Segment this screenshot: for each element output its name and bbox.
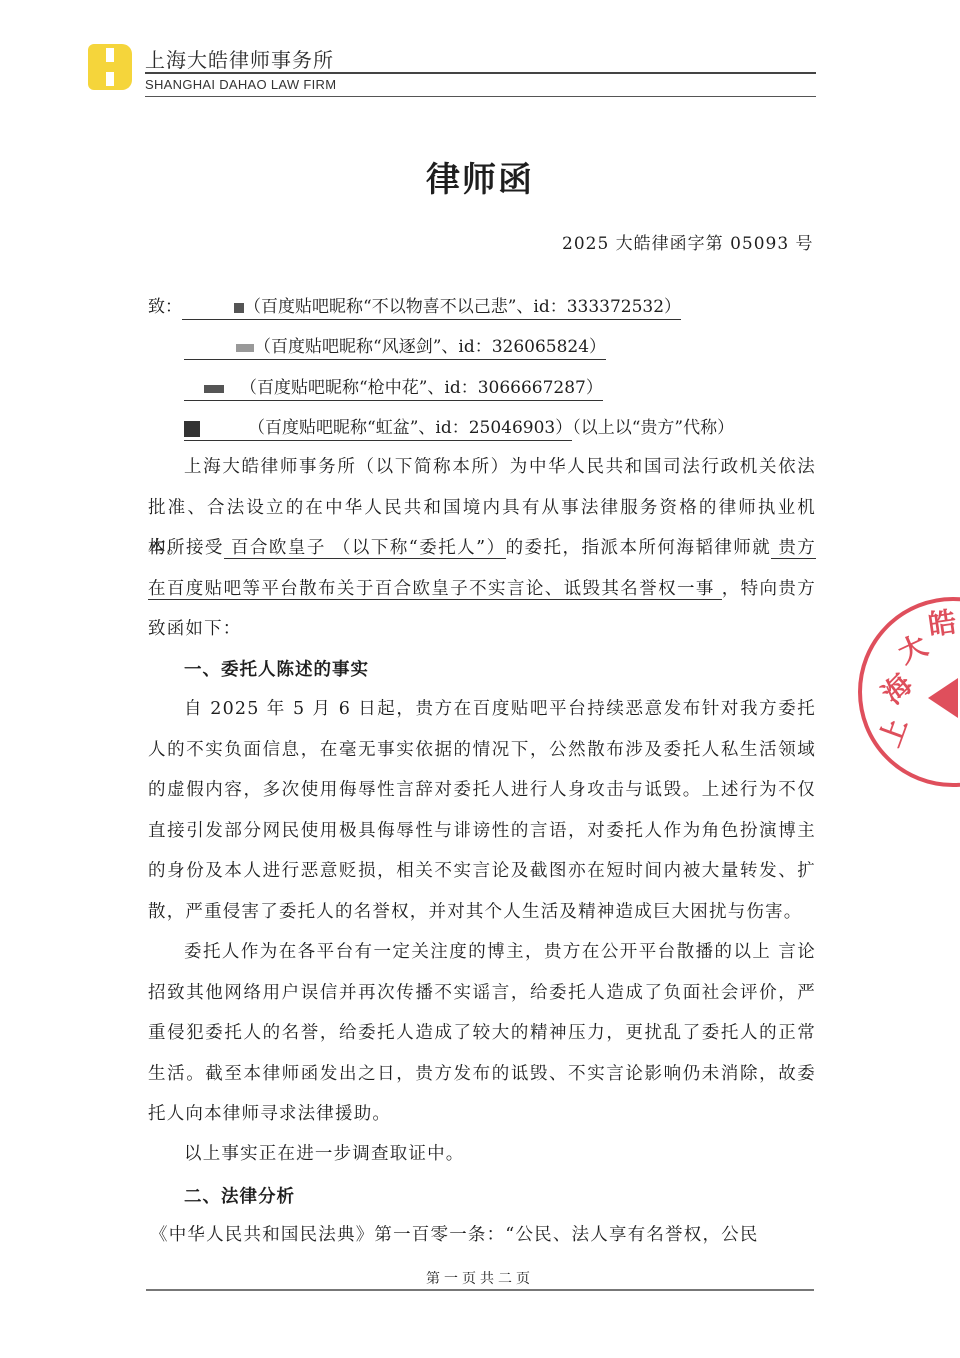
section-heading-facts: 一、委托人陈述的事实 [184, 656, 369, 681]
footer-divider [146, 1289, 814, 1291]
recipient-text: （百度贴吧昵称“枪中花”、id：3066667287） [240, 378, 603, 398]
intro-text: 的委托，指派本所何海韬律师就 [506, 538, 772, 558]
recipient-underline: （百度贴吧昵称“不以物喜不以己悲”、id：333372532） [182, 297, 681, 320]
facts-paragraph-2: 委托人作为在各平台有一定关注度的博主，贵方在公开平台散播的以上 言论招致其他网络… [148, 932, 816, 1135]
recipient-row: （百度贴吧昵称“枪中花”、id：3066667287） [184, 373, 603, 398]
recipient-underline: （百度贴吧昵称“虹盆”、id：25046903） [184, 418, 572, 441]
firm-name-en: SHANGHAI DAHAO LAW FIRM [145, 77, 336, 92]
intro-text: 本所接受 [148, 538, 224, 558]
recipient-text: （百度贴吧昵称“风逐剑”、id：326065824） [254, 337, 606, 357]
recipient-text: （百度贴吧昵称“不以物喜不以己悲”、id：333372532） [244, 297, 681, 317]
intro-paragraph-2: 本所接受 百合欧皇子 （以下称“委托人”）的委托，指派本所何海韬律师就 贵方在百… [148, 528, 816, 650]
recipient-alias-note: （以上以“贵方”代称） [572, 418, 734, 438]
recipient-row: （百度贴吧昵称“虹盆”、id：25046903）（以上以“贵方”代称） [184, 413, 734, 438]
letterhead: 上海大皓律师事务所 SHANGHAI DAHAO LAW FIRM [88, 40, 816, 100]
recipient-underline: （百度贴吧昵称“枪中花”、id：3066667287） [184, 378, 603, 401]
letterhead-divider-lower [145, 96, 816, 97]
redaction-mark [184, 421, 200, 437]
recipient-row: （百度贴吧昵称“风逐剑”、id：326065824） [184, 332, 606, 357]
redaction-mark [204, 385, 224, 393]
redaction-mark [234, 303, 244, 313]
recipient-row: 致：（百度贴吧昵称“不以物喜不以己悲”、id：333372532） [148, 292, 681, 317]
client-name-underlined: 百合欧皇子 （以下称“委托人”） [224, 538, 506, 559]
facts-paragraph-3: 以上事实正在进一步调查取证中。 [148, 1134, 816, 1175]
document-number: 2025 大皓律函字第 05093 号 [562, 229, 814, 254]
document-title: 律师函 [0, 152, 960, 201]
legal-paragraph-1: 《中华人民共和国民法典》第一百零一条：“公民、法人享有名誉权，公民 [150, 1215, 818, 1256]
recipient-text: （百度贴吧昵称“虹盆”、id：25046903） [248, 418, 572, 438]
firm-logo-icon [88, 44, 132, 90]
firm-name-cn: 上海大皓律师事务所 [145, 44, 334, 73]
seal-char: 皓 [925, 600, 958, 644]
letterhead-divider [145, 72, 816, 74]
facts-paragraph-1: 自 2025 年 5 月 6 日起，贵方在百度贴吧平台持续恶意发布针对我方委托人… [148, 689, 816, 932]
recipient-underline: （百度贴吧昵称“风逐剑”、id：326065824） [184, 337, 606, 360]
redaction-mark [236, 344, 254, 352]
section-heading-legal: 二、法律分析 [184, 1183, 295, 1208]
seal-star-icon [928, 678, 958, 718]
recipient-prefix: 致： [148, 297, 182, 317]
page-number: 第一页共二页 [0, 1268, 960, 1288]
